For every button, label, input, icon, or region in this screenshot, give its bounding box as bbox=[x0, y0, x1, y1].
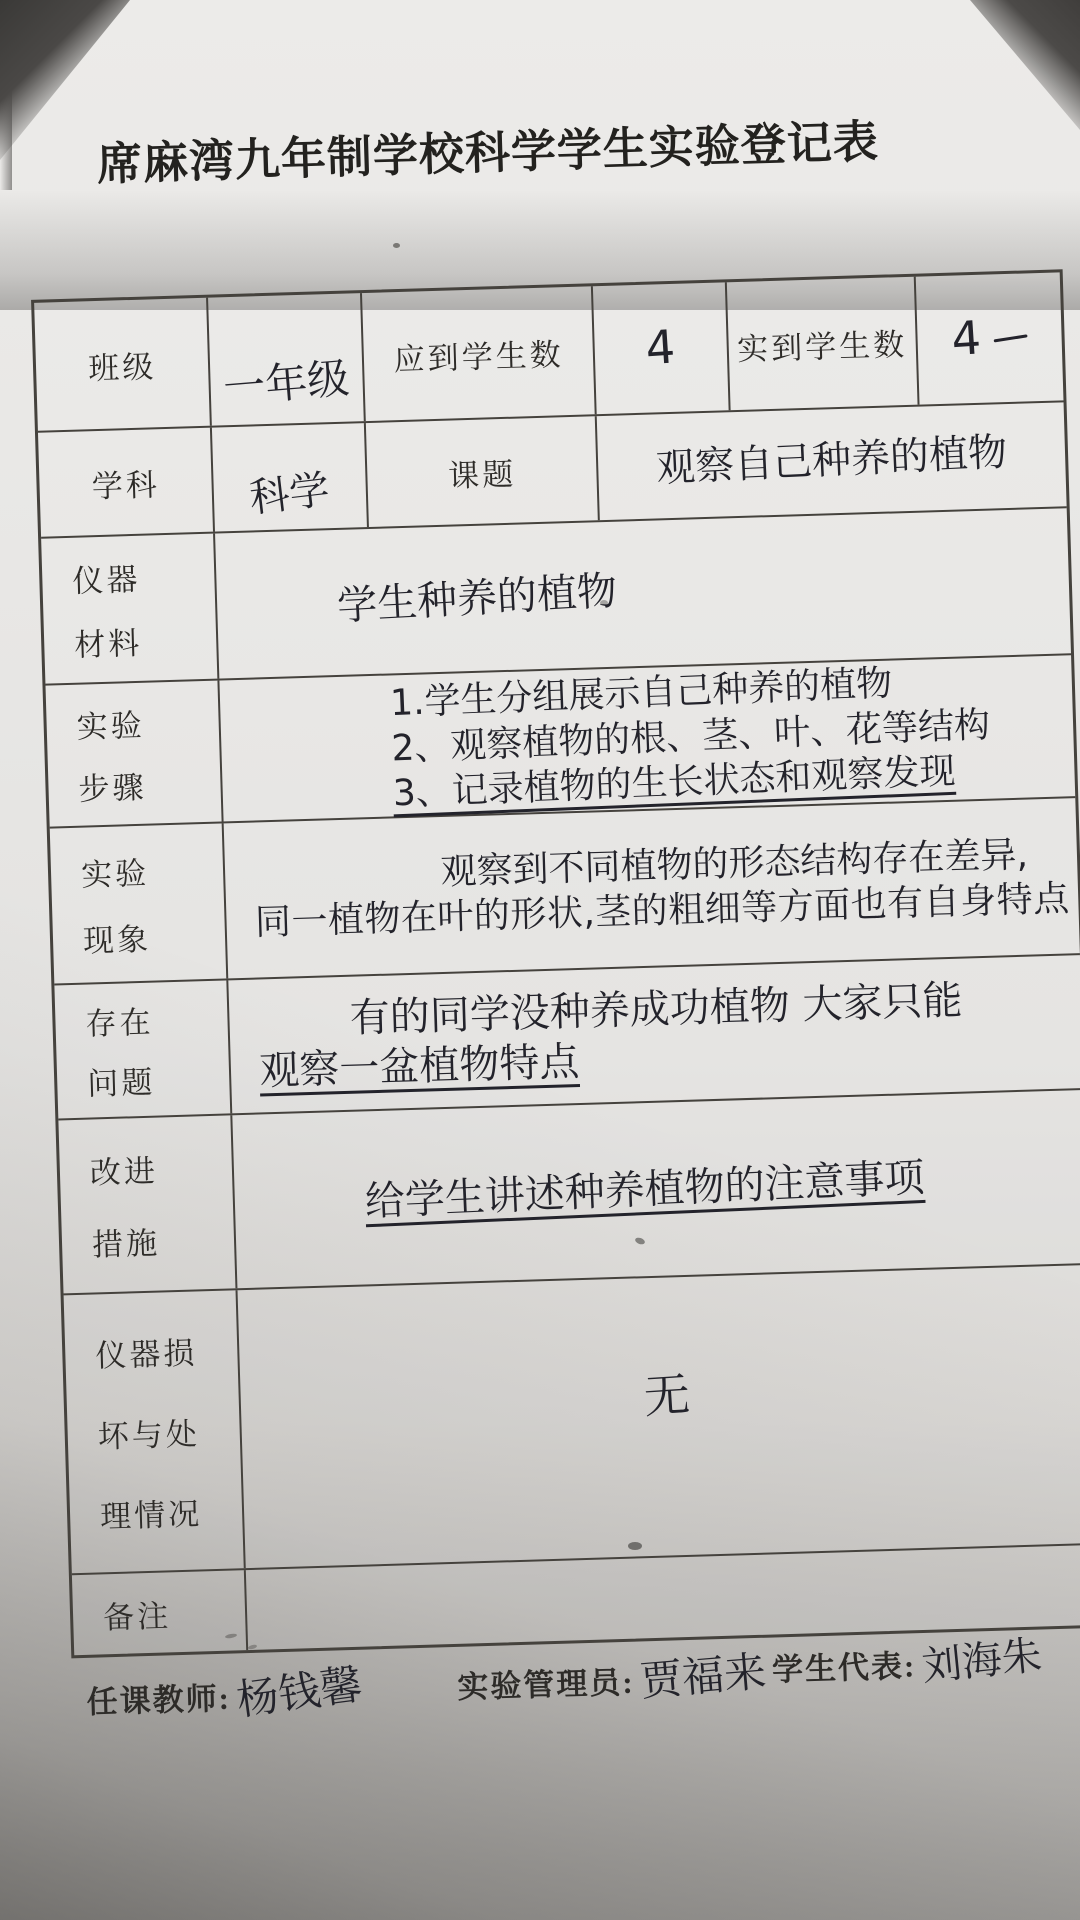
remarks-label: 备注 bbox=[102, 1590, 171, 1637]
manager-signature-group: 实验管理员: 贾福来 bbox=[457, 1649, 768, 1711]
registration-table: 班级 一年级 应到学生数 4 实到学生数 4 学科 科学 课题 观察自己种养的植… bbox=[31, 269, 1080, 1658]
form-title: 席麻湾九年制学校科学学生实验登记表 bbox=[96, 105, 880, 193]
problems-line-handwritten: 观察一盆植物特点 bbox=[259, 1037, 580, 1096]
materials-value-handwritten: 学生种养的植物 bbox=[336, 566, 618, 632]
subject-value-handwritten: 科学 bbox=[247, 465, 333, 534]
topic-value-handwritten: 观察自己种养的植物 bbox=[655, 429, 1008, 494]
actual-students-label: 实到学生数 bbox=[736, 318, 907, 368]
class-value-handwritten: 一年级 bbox=[222, 352, 353, 429]
phenomena-label-line: 实验 bbox=[80, 847, 149, 894]
expected-students-label: 应到学生数 bbox=[393, 329, 564, 379]
student-label: 学生代表: bbox=[771, 1640, 917, 1689]
improvements-label-line: 改进 bbox=[89, 1145, 158, 1192]
table-row-improvements: 改进 措施 给学生讲述种养植物的注意事项 bbox=[58, 1090, 1080, 1295]
student-name-handwritten: 刘海朱 bbox=[920, 1630, 1044, 1692]
damage-value-handwritten: 无 bbox=[642, 1366, 692, 1426]
teacher-label: 任课教师: bbox=[86, 1673, 232, 1722]
improvements-line-handwritten: 给学生讲述种养植物的注意事项 bbox=[364, 1152, 926, 1226]
manager-name-handwritten: 贾福来 bbox=[639, 1646, 769, 1709]
manager-label: 实验管理员: bbox=[457, 1657, 636, 1707]
materials-label-line: 仪器 bbox=[72, 554, 141, 601]
teacher-signature-group: 任课教师: 杨钱馨 bbox=[86, 1665, 364, 1726]
student-signature-group: 学生代表: 刘海朱 bbox=[771, 1635, 1043, 1693]
problems-label-line: 问题 bbox=[87, 1056, 156, 1103]
actual-students-value-handwritten: 4 bbox=[950, 310, 983, 369]
problems-line-handwritten: 有的同学没种养成功植物 大家只能 bbox=[349, 975, 963, 1043]
steps-label-line: 实验 bbox=[76, 700, 145, 747]
registration-form: 席麻湾九年制学校科学学生实验登记表 班级 一年级 应到学生数 4 实到学生数 4… bbox=[26, 99, 1080, 1779]
damage-label-line: 理情况 bbox=[99, 1489, 202, 1537]
phenomena-label-line: 现象 bbox=[82, 914, 151, 961]
class-label: 班级 bbox=[88, 341, 157, 388]
expected-students-value-handwritten: 4 bbox=[644, 319, 677, 378]
table-row-phenomena: 实验 现象 观察到不同植物的形态结构存在差异, 同一植物在叶的形状,茎的粗细等方… bbox=[50, 798, 1080, 985]
damage-label-line: 坏与处 bbox=[97, 1408, 200, 1456]
teacher-name-handwritten: 杨钱馨 bbox=[234, 1658, 366, 1727]
damage-label-line: 仪器损 bbox=[95, 1327, 198, 1375]
improvements-label-line: 措施 bbox=[91, 1218, 160, 1265]
topic-label: 课题 bbox=[447, 448, 516, 495]
pen-stroke bbox=[993, 334, 1027, 342]
table-row-equipment-damage: 仪器损 坏与处 理情况 无 bbox=[64, 1265, 1080, 1575]
materials-label-line: 材料 bbox=[74, 617, 143, 664]
problems-label-line: 存在 bbox=[85, 997, 154, 1044]
steps-label-line: 步骤 bbox=[78, 762, 147, 809]
subject-label: 学科 bbox=[91, 459, 160, 506]
paper-edge-shadow bbox=[0, 0, 12, 190]
